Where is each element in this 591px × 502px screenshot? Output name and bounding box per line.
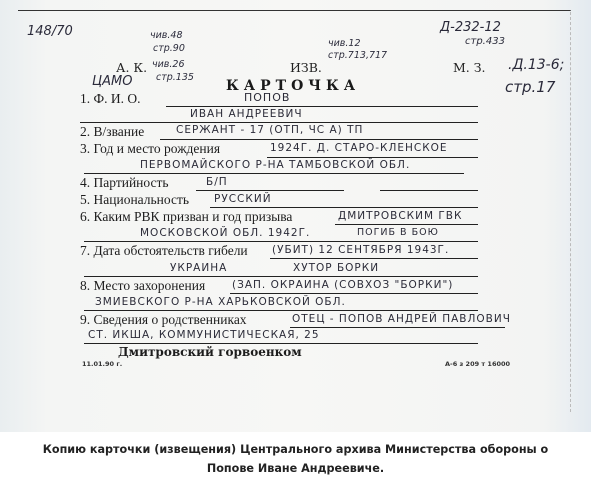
annotation-page: стр.17 <box>505 78 555 96</box>
scanned-card: 148/70 чив.48 стр.90 чив.26 стр.135 ЦАМО… <box>0 0 591 432</box>
field-2-value: Сержант - 17 (ОТП, ЧС А) ТП <box>176 124 363 136</box>
field-6-value-3: Погиб в бою <box>357 227 439 238</box>
field-8-underline-2 <box>84 310 478 311</box>
field-1-label: 1. Ф. И. О. <box>80 91 141 107</box>
field-9-underline <box>290 327 505 328</box>
field-9-underline-2 <box>84 343 478 344</box>
annotation-top-right-1: Д-232-12 <box>440 20 501 35</box>
field-5-label: 5. Национальность <box>80 192 189 208</box>
field-9-value-1: Отец - Попов Андрей Павлович <box>292 313 511 325</box>
field-1-underline <box>166 106 478 107</box>
field-6-underline-2 <box>84 241 478 242</box>
izv-label: ИЗВ. <box>290 60 322 75</box>
caption-line-1: Копию карточки (извещения) Центрального … <box>0 440 591 459</box>
field-1-underline-2 <box>80 122 478 123</box>
ak-label: А. К. <box>116 60 147 75</box>
print-code: А-6 з 209 т 16000 <box>445 360 510 368</box>
annotation-left-3: чив.26 <box>152 59 185 70</box>
field-4-value: Б/П <box>206 176 228 188</box>
annotation-left-1: чив.48 <box>150 30 183 41</box>
annotation-left-2: стр.90 <box>153 43 185 54</box>
field-7-underline-2 <box>84 276 478 277</box>
field-8-value-1: (Зап. окраина (совхоз "Борки") <box>232 279 453 291</box>
field-7-underline <box>270 258 478 259</box>
field-3-underline <box>267 157 478 158</box>
field-1-surname: Попов <box>244 91 290 104</box>
field-4-underline <box>196 190 344 191</box>
field-1-name: Иван Андреевич <box>190 108 303 120</box>
m3-label: М. З. <box>453 60 486 75</box>
field-5-value: Русский <box>214 193 272 205</box>
field-7-value-2: Украина <box>170 262 227 274</box>
field-5-underline <box>210 207 478 208</box>
card-border-right <box>570 12 571 412</box>
card-border-top <box>18 10 571 11</box>
caption-line-2: Попове Иване Андреевиче. <box>0 459 591 478</box>
field-6-value-1: Дмитровским ГВК <box>338 210 462 222</box>
field-8-underline <box>230 293 478 294</box>
annotation-center-1: чив.12 <box>328 38 361 49</box>
field-7-value-1: (Убит) 12 сентября 1943г. <box>272 244 449 256</box>
field-3-value-1: 1924г. д. Старо-Кленское <box>270 142 448 154</box>
field-2-label: 2. В/звание <box>80 124 144 140</box>
field-9-value-2: ст. Икша, Коммунистическая, 25 <box>88 329 320 341</box>
field-7-value-3: Хутор Борки <box>293 262 379 274</box>
issue-date: 11.01.90 г. <box>82 360 122 368</box>
field-6-value-2: Московской обл. 1942г. <box>140 227 310 239</box>
field-2-underline <box>160 139 478 140</box>
annotation-top-left: 148/70 <box>27 24 73 39</box>
annotation-archive: ЦАМО <box>92 74 132 89</box>
field-3-value-2: Первомайского р-на Тамбовской обл. <box>140 159 410 171</box>
field-3-underline-2 <box>84 173 464 174</box>
field-7-label: 7. Дата обстоятельств гибели <box>80 243 248 259</box>
field-9-label: 9. Сведения о родственниках <box>80 312 247 328</box>
field-3-label: 3. Год и место рождения <box>80 141 220 157</box>
annotation-left-4: стр.135 <box>156 72 194 83</box>
field-4-label: 4. Партийность <box>80 175 169 191</box>
issuing-organization: Дмитровский горвоенком <box>118 345 302 359</box>
field-6-underline <box>335 224 478 225</box>
field-6-label: 6. Каким РВК призван и год призыва <box>80 209 292 225</box>
field-8-label: 8. Место захоронения <box>80 278 205 294</box>
annotation-m3: .Д.13-6; <box>508 57 564 73</box>
field-8-value-2: Змиевского р-на Харьковской обл. <box>95 296 346 308</box>
annotation-top-right-2: стр.433 <box>465 36 505 47</box>
annotation-center-2: стр.713,717 <box>328 50 387 61</box>
image-caption: Копию карточки (извещения) Центрального … <box>0 440 591 478</box>
field-4-underline-2 <box>380 190 478 191</box>
